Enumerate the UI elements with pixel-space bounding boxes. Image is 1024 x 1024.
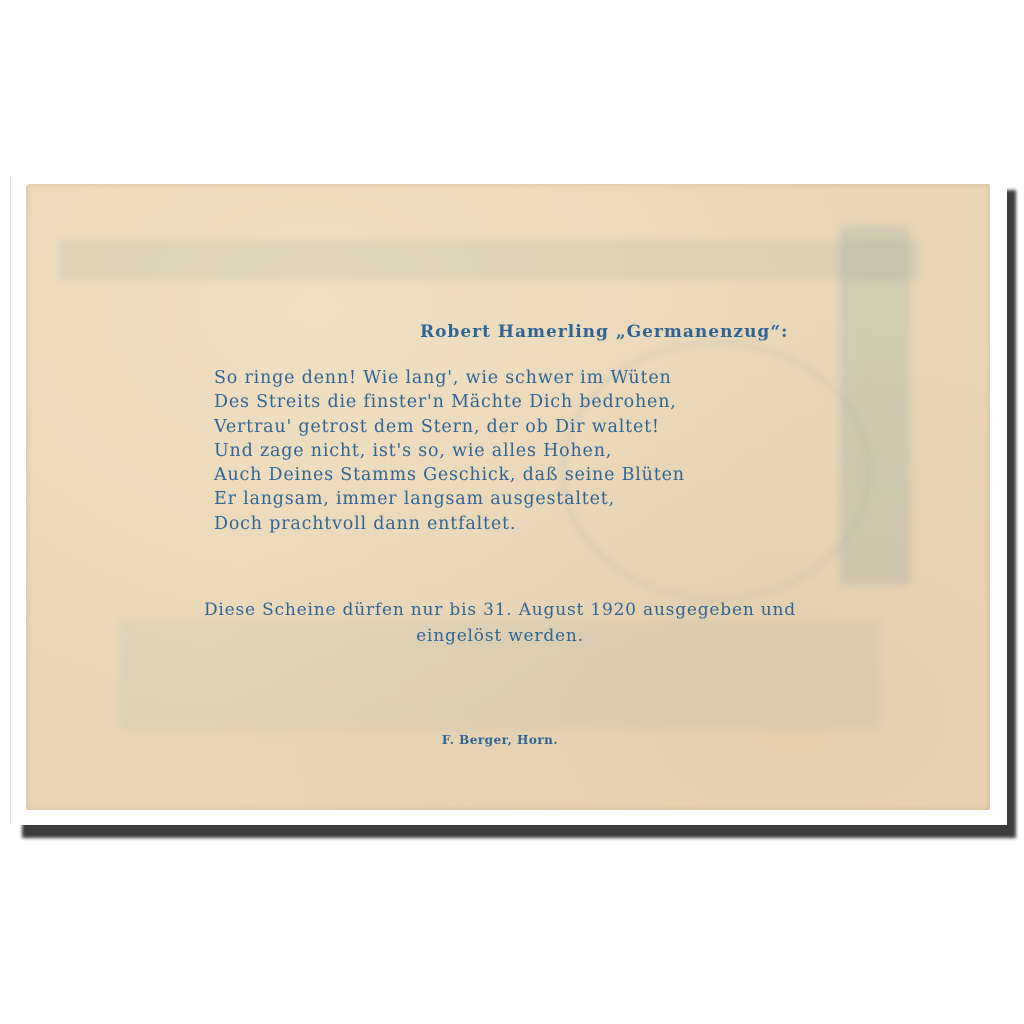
poem-line: Auch Deines Stamms Geschick, daß seine B… <box>214 463 685 487</box>
show-through-header <box>60 240 920 280</box>
printer-imprint: F. Berger, Horn. <box>0 733 1000 747</box>
notice-line: Diese Scheine dürfen nur bis 31. August … <box>0 597 1000 623</box>
poem-line: Und zage nicht, ist's so, wie alles Hohe… <box>214 439 685 463</box>
notice-line: eingelöst werden. <box>0 623 1000 649</box>
poem-heading: Robert Hamerling „Germanenzug“: <box>420 322 788 342</box>
validity-notice: Diese Scheine dürfen nur bis 31. August … <box>0 597 1000 649</box>
poem-line: Doch prachtvoll dann entfaltet. <box>214 512 685 536</box>
poem-line: Er langsam, immer langsam ausgestaltet, <box>214 487 685 511</box>
poem-line: So ringe denn! Wie lang', wie schwer im … <box>214 366 685 390</box>
poem-line: Des Streits die finster'n Mächte Dich be… <box>214 390 685 414</box>
poem: So ringe denn! Wie lang', wie schwer im … <box>214 366 685 536</box>
poem-line: Vertrau' getrost dem Stern, der ob Dir w… <box>214 415 685 439</box>
